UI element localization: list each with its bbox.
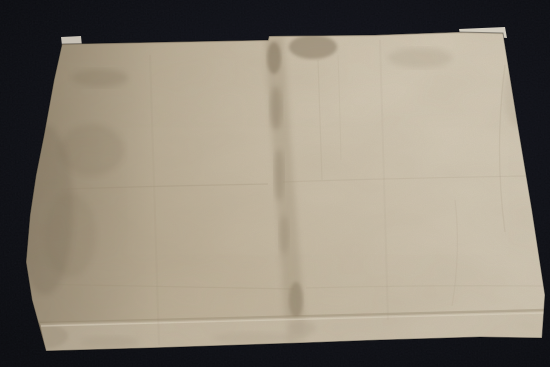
photo-canvas [0, 0, 550, 367]
sheet-surface-detail [0, 0, 550, 367]
photograph-of-blank-parchment-sheet [0, 0, 550, 367]
paper-grain-texture [0, 0, 550, 367]
